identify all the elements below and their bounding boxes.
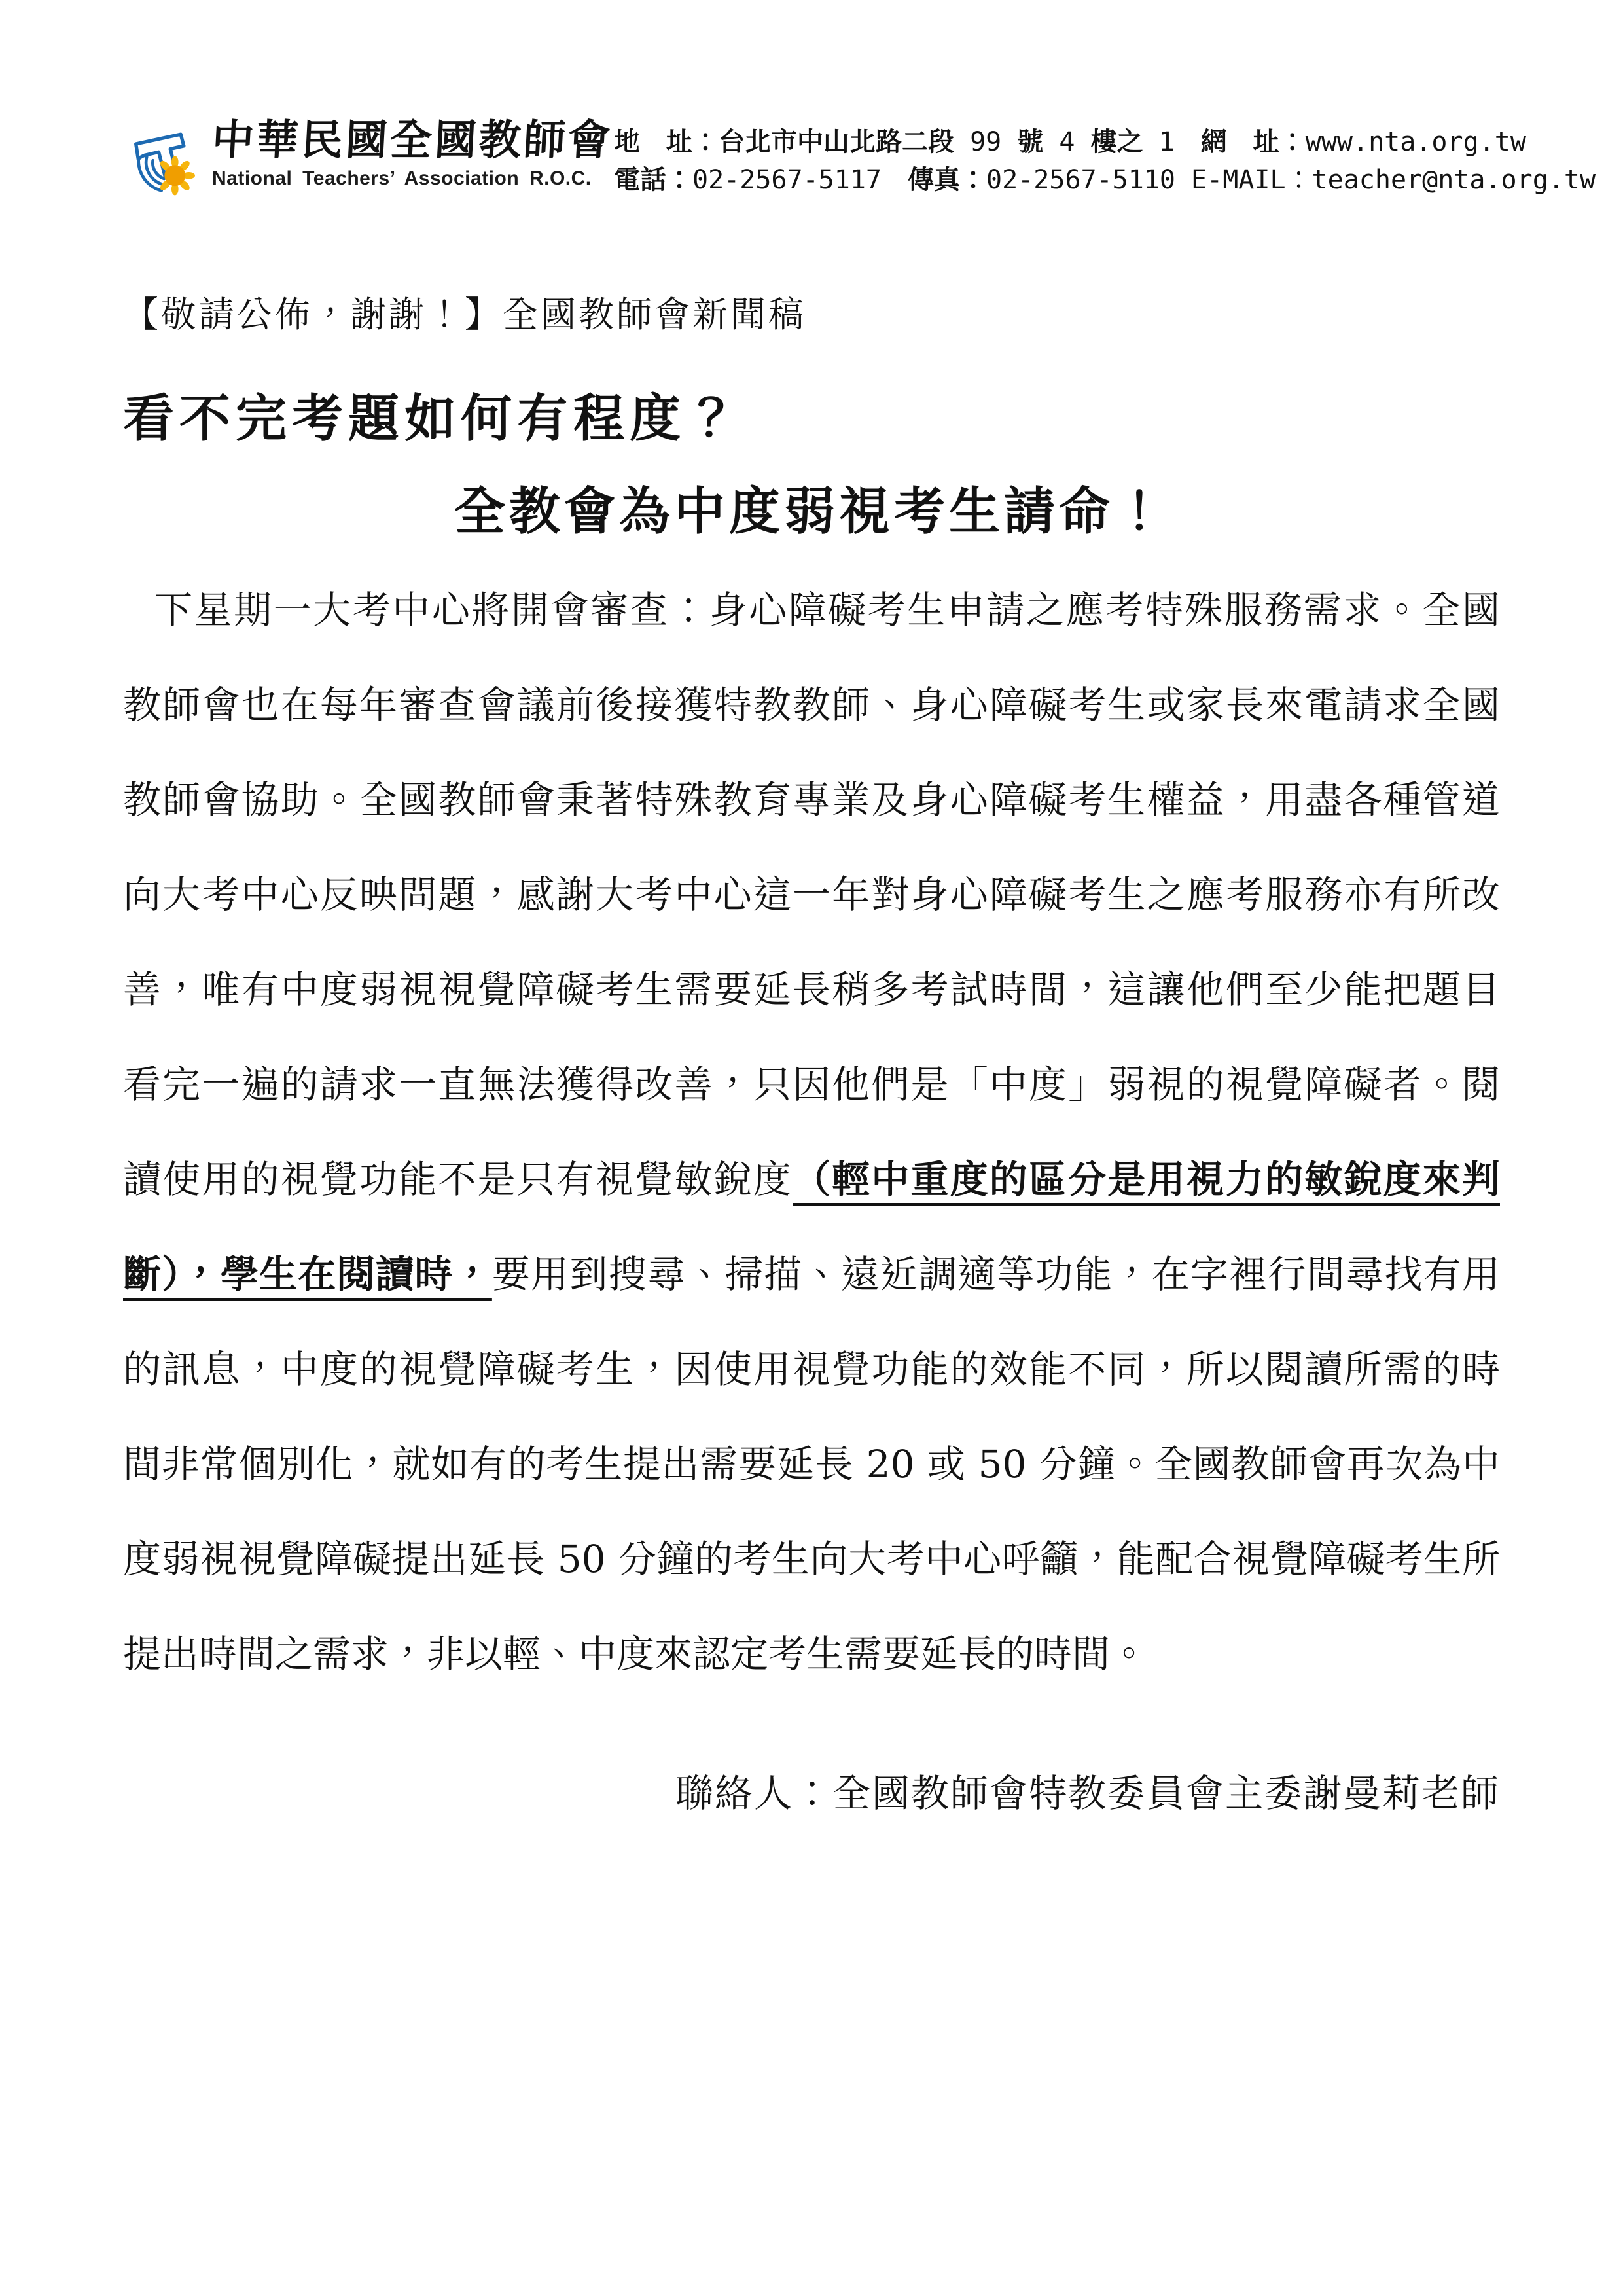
headline-sub: 全教會為中度弱視考生請命！ bbox=[123, 481, 1500, 543]
text-segment: 02-2567-5117 bbox=[692, 165, 882, 195]
logo-group: 中華民國全國教師會 National Teachers’ Association… bbox=[124, 103, 613, 209]
press-release-page: 中華民國全國教師會 National Teachers’ Association… bbox=[0, 0, 1623, 2296]
text-segment: （輕中重度的區分是用視力的敏銳度來判 bbox=[793, 1157, 1500, 1202]
text-segment: E-MAIL：teacher@nta.org.tw bbox=[1175, 165, 1596, 195]
text-segment: 間非常個別化，就如有的考生提出需要延長 20 或 50 分鐘。全國教師會再次為中 bbox=[123, 1442, 1500, 1486]
org-name-zh: 中華民國全國教師會 bbox=[211, 118, 614, 164]
article-body: 下星期一大考中心將開會審查：身心障礙考生申請之應考特殊服務需求。全國教師會也在每… bbox=[123, 563, 1500, 1702]
text-segment: 樓之 bbox=[1091, 127, 1143, 157]
contact-line-phone: 電話：02-2567-5117 傳真：02-2567-5110 E-MAIL：t… bbox=[614, 161, 1504, 199]
text-segment: 的訊息，中度的視覺障礙考生，因使用視覺功能的效能不同，所以閱讀所需的時 bbox=[123, 1347, 1500, 1391]
text-segment: www.nta.org.tw bbox=[1306, 127, 1526, 157]
text-segment: 要用到搜尋、掃描、遠近調適等功能，在字裡行間尋找有用 bbox=[492, 1252, 1500, 1297]
text-segment: 提出時間之需求，非以輕、中度來認定考生需要延長的時間。 bbox=[123, 1632, 1148, 1676]
logo-sun-core bbox=[164, 165, 185, 186]
article-line: 斷），學生在閱讀時，要用到搜尋、掃描、遠近調適等功能，在字裡行間尋找有用 bbox=[123, 1227, 1500, 1322]
letterhead: 中華民國全國教師會 National Teachers’ Association… bbox=[124, 103, 1505, 215]
text-segment: 度弱視視覺障礙提出延長 50 分鐘的考生向大考中心呼籲，能配合視覺障礙考生所 bbox=[123, 1537, 1500, 1581]
text-segment: 善，唯有中度弱視視覺障礙考生需要延長稍多考試時間，這讓他們至少能把題目 bbox=[123, 967, 1500, 1012]
article-line: 下星期一大考中心將開會審查：身心障礙考生申請之應考特殊服務需求。全國 bbox=[123, 563, 1500, 658]
contact-person-line: 聯絡人：全國教師會特教委員會主委謝曼莉老師 bbox=[123, 1746, 1500, 1841]
article: 【敬請公佈，謝謝！】全國教師會新聞稿 看不完考題如何有程度？ 全教會為中度弱視考… bbox=[123, 287, 1500, 1841]
text-segment: 斷），學生在閱讀時， bbox=[123, 1252, 492, 1297]
nta-logo-icon bbox=[124, 111, 202, 209]
contact-block: 地 址：台北市中山北路二段 99 號 4 樓之 1 網 址：www.nta.or… bbox=[614, 123, 1504, 199]
org-name-en: National Teachers’ Association R.O.C. bbox=[212, 168, 613, 190]
text-segment: 號 bbox=[1017, 127, 1043, 157]
text-segment: 地 址： bbox=[614, 127, 719, 157]
text-segment: 讀使用的視覺功能不是只有視覺敏銳度 bbox=[123, 1157, 793, 1202]
text-segment: 台北市中山北路二段 bbox=[719, 127, 954, 157]
text-segment: 教師會也在每年審查會議前後接獲特教教師、身心障礙考生或家長來電請求全國 bbox=[123, 683, 1500, 727]
headline-main: 看不完考題如何有程度？ bbox=[123, 388, 1500, 450]
text-segment: 看完一遍的請求一直無法獲得改善，只因他們是「中度」弱視的視覺障礙者。閱 bbox=[123, 1062, 1500, 1107]
article-line: 教師會協助。全國教師會秉著特殊教育專業及身心障礙考生權益，用盡各種管道 bbox=[123, 753, 1500, 848]
text-segment: 99 bbox=[954, 127, 1017, 157]
text-segment: 下星期一大考中心將開會審查：身心障礙考生申請之應考特殊服務需求。全國 bbox=[154, 588, 1500, 632]
text-segment: 教師會協助。全國教師會秉著特殊教育專業及身心障礙考生權益，用盡各種管道 bbox=[123, 778, 1500, 822]
text-segment: 傳真： bbox=[882, 165, 986, 195]
release-note: 【敬請公佈，謝謝！】全國教師會新聞稿 bbox=[123, 287, 1500, 337]
text-segment: 4 bbox=[1043, 127, 1090, 157]
contact-line-address: 地 址：台北市中山北路二段 99 號 4 樓之 1 網 址：www.nta.or… bbox=[614, 123, 1504, 161]
article-line: 向大考中心反映問題，感謝大考中心這一年對身心障礙考生之應考服務亦有所改 bbox=[123, 848, 1500, 942]
text-segment: 網 址： bbox=[1175, 127, 1306, 157]
text-segment: 電話： bbox=[614, 165, 692, 195]
article-line: 善，唯有中度弱視視覺障礙考生需要延長稍多考試時間，這讓他們至少能把題目 bbox=[123, 942, 1500, 1037]
article-line: 讀使用的視覺功能不是只有視覺敏銳度（輕中重度的區分是用視力的敏銳度來判 bbox=[123, 1132, 1500, 1227]
text-segment: 向大考中心反映問題，感謝大考中心這一年對身心障礙考生之應考服務亦有所改 bbox=[123, 872, 1500, 917]
text-segment: 02-2567-5110 bbox=[986, 165, 1175, 195]
text-segment: 1 bbox=[1143, 127, 1175, 157]
article-line: 教師會也在每年審查會議前後接獲特教教師、身心障礙考生或家長來電請求全國 bbox=[123, 658, 1500, 753]
article-line: 提出時間之需求，非以輕、中度來認定考生需要延長的時間。 bbox=[123, 1607, 1500, 1702]
article-line: 的訊息，中度的視覺障礙考生，因使用視覺功能的效能不同，所以閱讀所需的時 bbox=[123, 1322, 1500, 1417]
org-names: 中華民國全國教師會 National Teachers’ Association… bbox=[212, 103, 613, 209]
article-line: 看完一遍的請求一直無法獲得改善，只因他們是「中度」弱視的視覺障礙者。閱 bbox=[123, 1037, 1500, 1132]
article-line: 度弱視視覺障礙提出延長 50 分鐘的考生向大考中心呼籲，能配合視覺障礙考生所 bbox=[123, 1512, 1500, 1607]
article-line: 間非常個別化，就如有的考生提出需要延長 20 或 50 分鐘。全國教師會再次為中 bbox=[123, 1417, 1500, 1512]
